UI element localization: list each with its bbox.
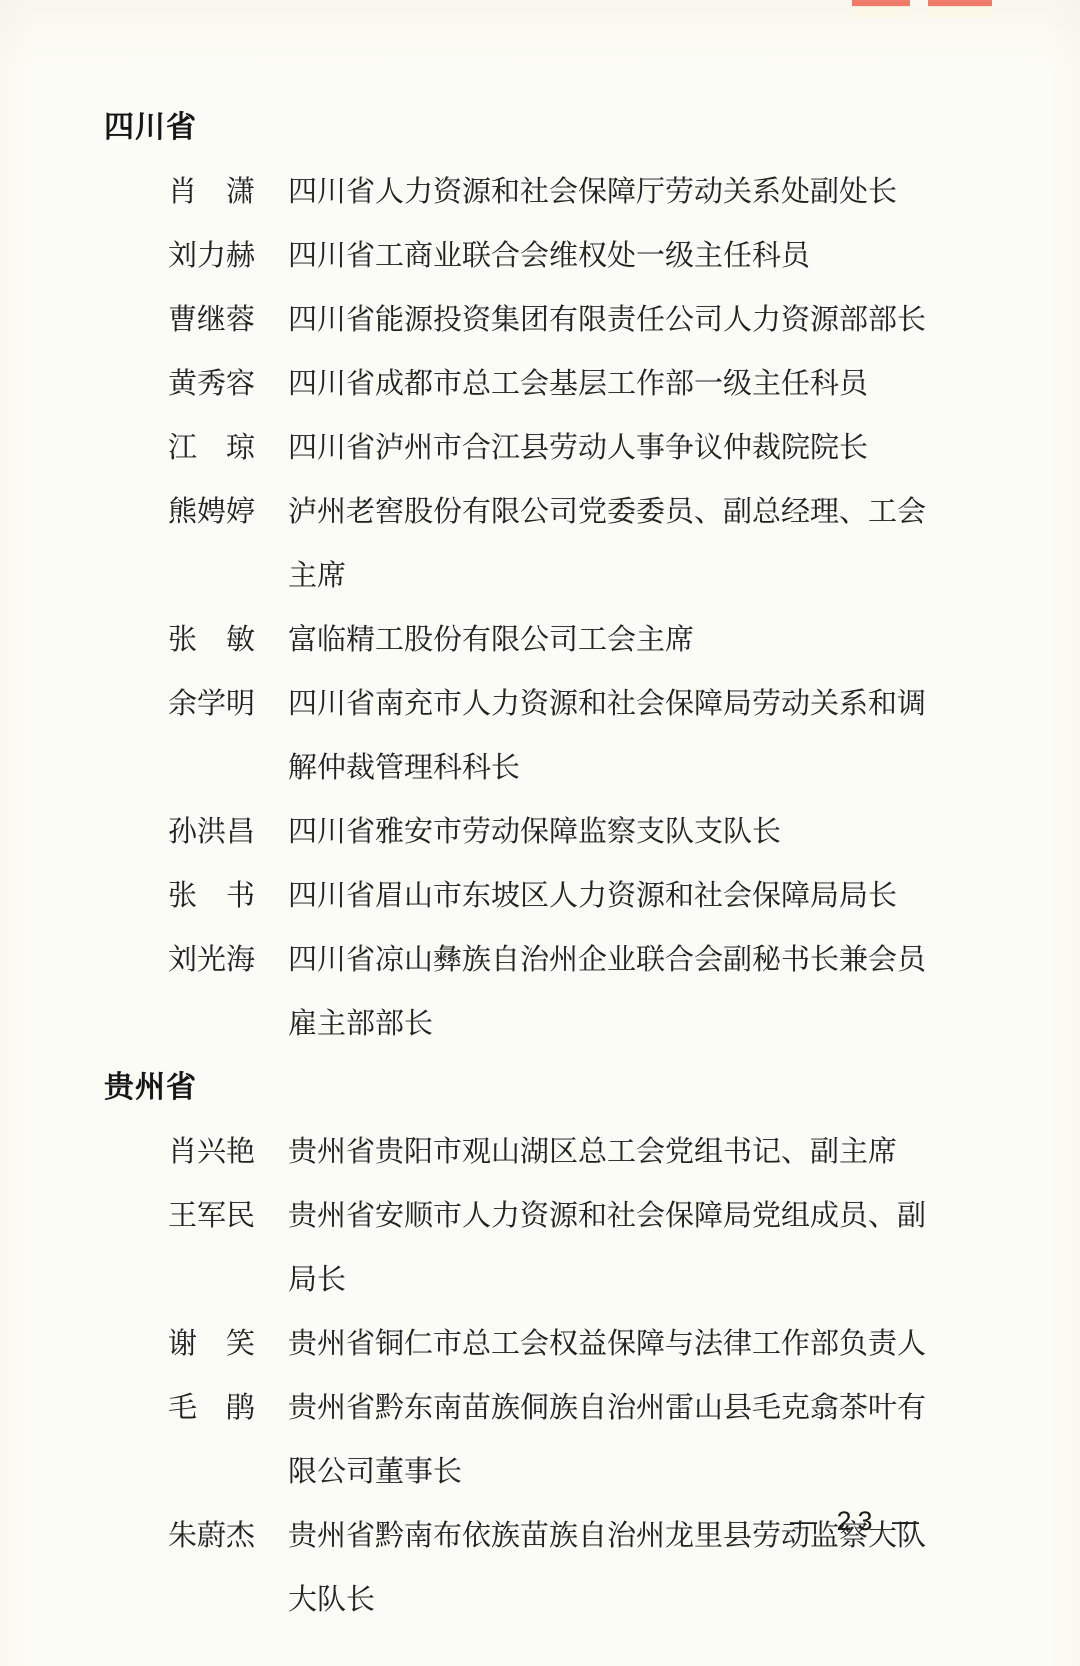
honoree-name: 王军民 <box>168 1184 255 1248</box>
honoree-name: 孙洪昌 <box>168 800 255 864</box>
red-header-remnant-glow-left <box>852 6 910 18</box>
honoree-name: 谢 笑 <box>168 1312 255 1376</box>
honoree-name: 朱蔚杰 <box>168 1504 255 1568</box>
honoree-row: 余学明四川省南充市人力资源和社会保障局劳动关系和调解仲裁管理科科长 <box>168 672 944 800</box>
honoree-title: 四川省泸州市合江县劳动人事争议仲裁院院长 <box>288 416 938 480</box>
honoree-title: 四川省工商业联合会维权处一级主任科员 <box>288 224 938 288</box>
honoree-name: 江 琼 <box>168 416 255 480</box>
honoree-row: 江 琼四川省泸州市合江县劳动人事争议仲裁院院长 <box>168 416 944 480</box>
honoree-title: 四川省成都市总工会基层工作部一级主任科员 <box>288 352 938 416</box>
honoree-name: 毛 鹃 <box>168 1376 255 1440</box>
document-page: 四川省肖 潇四川省人力资源和社会保障厅劳动关系处副处长刘力赫四川省工商业联合会维… <box>0 0 1080 1666</box>
section-title: 四川省 <box>104 96 944 160</box>
honoree-title: 四川省能源投资集团有限责任公司人力资源部部长 <box>288 288 938 352</box>
honoree-row: 张 书四川省眉山市东坡区人力资源和社会保障局局长 <box>168 864 944 928</box>
honoree-title: 泸州老窖股份有限公司党委委员、副总经理、工会主席 <box>288 480 938 608</box>
honoree-name: 肖 潇 <box>168 160 255 224</box>
honoree-row: 肖 潇四川省人力资源和社会保障厅劳动关系处副处长 <box>168 160 944 224</box>
honoree-row: 谢 笑贵州省铜仁市总工会权益保障与法律工作部负责人 <box>168 1312 944 1376</box>
honoree-row: 刘力赫四川省工商业联合会维权处一级主任科员 <box>168 224 944 288</box>
honoree-row: 张 敏富临精工股份有限公司工会主席 <box>168 608 944 672</box>
honoree-title: 富临精工股份有限公司工会主席 <box>288 608 938 672</box>
honoree-row: 黄秀容四川省成都市总工会基层工作部一级主任科员 <box>168 352 944 416</box>
honoree-row: 曹继蓉四川省能源投资集团有限责任公司人力资源部部长 <box>168 288 944 352</box>
honoree-title: 贵州省黔东南苗族侗族自治州雷山县毛克翕茶叶有限公司董事长 <box>288 1376 938 1504</box>
honoree-row: 王军民贵州省安顺市人力资源和社会保障局党组成员、副局长 <box>168 1184 944 1312</box>
honoree-title: 四川省南充市人力资源和社会保障局劳动关系和调解仲裁管理科科长 <box>288 672 938 800</box>
honoree-title: 四川省雅安市劳动保障监察支队支队长 <box>288 800 938 864</box>
honoree-name: 肖兴艳 <box>168 1120 255 1184</box>
honoree-title: 四川省人力资源和社会保障厅劳动关系处副处长 <box>288 160 938 224</box>
honoree-name: 刘光海 <box>168 928 255 992</box>
honoree-name: 刘力赫 <box>168 224 255 288</box>
honoree-name: 余学明 <box>168 672 255 736</box>
honoree-title: 贵州省贵阳市观山湖区总工会党组书记、副主席 <box>288 1120 938 1184</box>
honoree-title: 四川省凉山彝族自治州企业联合会副秘书长兼会员雇主部部长 <box>288 928 938 1056</box>
honoree-row: 肖兴艳贵州省贵阳市观山湖区总工会党组书记、副主席 <box>168 1120 944 1184</box>
page-number: — 23 — <box>790 1506 925 1537</box>
honoree-name: 黄秀容 <box>168 352 255 416</box>
section-guizhou: 贵州省肖兴艳贵州省贵阳市观山湖区总工会党组书记、副主席王军民贵州省安顺市人力资源… <box>104 1056 944 1632</box>
honoree-title: 四川省眉山市东坡区人力资源和社会保障局局长 <box>288 864 938 928</box>
honoree-name: 张 书 <box>168 864 255 928</box>
honoree-row: 刘光海四川省凉山彝族自治州企业联合会副秘书长兼会员雇主部部长 <box>168 928 944 1056</box>
honoree-name: 熊娉婷 <box>168 480 255 544</box>
honoree-name: 张 敏 <box>168 608 255 672</box>
honoree-row: 熊娉婷泸州老窖股份有限公司党委委员、副总经理、工会主席 <box>168 480 944 608</box>
honoree-title: 贵州省铜仁市总工会权益保障与法律工作部负责人 <box>288 1312 938 1376</box>
document-content: 四川省肖 潇四川省人力资源和社会保障厅劳动关系处副处长刘力赫四川省工商业联合会维… <box>104 96 944 1632</box>
section-sichuan: 四川省肖 潇四川省人力资源和社会保障厅劳动关系处副处长刘力赫四川省工商业联合会维… <box>104 96 944 1056</box>
honoree-title: 贵州省安顺市人力资源和社会保障局党组成员、副局长 <box>288 1184 938 1312</box>
section-title: 贵州省 <box>104 1056 944 1120</box>
honoree-row: 孙洪昌四川省雅安市劳动保障监察支队支队长 <box>168 800 944 864</box>
honoree-name: 曹继蓉 <box>168 288 255 352</box>
honoree-row: 毛 鹃贵州省黔东南苗族侗族自治州雷山县毛克翕茶叶有限公司董事长 <box>168 1376 944 1504</box>
red-header-remnant-glow-right <box>928 6 992 18</box>
